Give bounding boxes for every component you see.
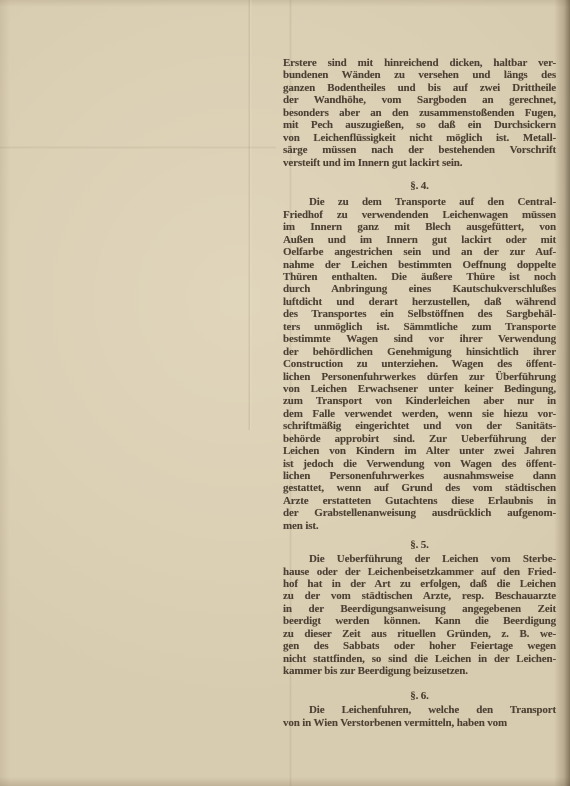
text-line: Die Ueberführung der Leichen vom Sterbe- bbox=[283, 553, 556, 565]
text-line: nicht stattfinden, so sind die Leichen i… bbox=[283, 653, 556, 665]
text-line: Arzte erstatteten Gutachtens diese Erlau… bbox=[283, 495, 556, 507]
text-line: Erstere sind mit hinreichend dicken, hal… bbox=[283, 57, 556, 69]
text-line: bundenen Wänden zu versehen und längs de… bbox=[283, 69, 556, 81]
text-line: lichen Personenfuhrwerkes dürfen zur Übe… bbox=[283, 371, 556, 383]
text-line: ist jedoch die Verwendung von Wagen des … bbox=[283, 458, 556, 470]
text-line: durch Anbringung eines Kautschukverschlu… bbox=[283, 283, 556, 295]
text-line: besonders aber an den zusammenstoßenden … bbox=[283, 107, 556, 119]
section-heading-paragraph-4: §. 4. bbox=[283, 180, 556, 192]
text-line: Außen und im Innern gut lackirt oder mit bbox=[283, 234, 556, 246]
paragraph-section-6: Die Leichenfuhren, welche den Transportv… bbox=[283, 704, 556, 729]
text-line: zum Transport von Kinderleichen aber nur… bbox=[283, 395, 556, 407]
text-line: behörde approbirt sind. Zur Ueberführung… bbox=[283, 433, 556, 445]
text-line: mit Pech auszugießen, so daß ein Durchsi… bbox=[283, 119, 556, 131]
section-heading-paragraph-6: §. 6. bbox=[283, 690, 556, 702]
text-line: Oelfarbe angestrichen sein und an der zu… bbox=[283, 246, 556, 258]
text-line: ters unmöglich ist. Sämmtliche zum Trans… bbox=[283, 321, 556, 333]
text-line: hause oder der Leichenbeisetzkammer auf … bbox=[283, 566, 556, 578]
text-line: der Grabstellenanweisung ausdrücklich au… bbox=[283, 507, 556, 519]
text-line: Friedhof zu verwendenden Leichenwagen mü… bbox=[283, 209, 556, 221]
text-line: schriftmäßig eingerichtet und von der Sa… bbox=[283, 420, 556, 432]
text-line: särge müssen nach der bestehenden Vorsch… bbox=[283, 144, 556, 156]
text-line: nahme der Leichen bestimmten Oeffnung do… bbox=[283, 259, 556, 271]
text-column: Erstere sind mit hinreichend dicken, hal… bbox=[283, 57, 556, 729]
text-line: Construction zu unterziehen. Wagen des ö… bbox=[283, 358, 556, 370]
text-line: luftdicht und derart herzustellen, daß w… bbox=[283, 296, 556, 308]
text-line: gestattet, wenn auf Grund des vom städti… bbox=[283, 482, 556, 494]
text-line: Leichen von Kindern im Alter unter zwei … bbox=[283, 445, 556, 457]
text-line: in der Beerdigungsanweisung angegebenen … bbox=[283, 603, 556, 615]
text-line: lichen Personenfuhrwerkes ausnahmsweise … bbox=[283, 470, 556, 482]
text-line: des Transportes ein Selbstöffnen des Sar… bbox=[283, 308, 556, 320]
text-line: Die zu dem Transporte auf den Central- bbox=[283, 196, 556, 208]
text-line: von Leichen Erwachsener unter keiner Bed… bbox=[283, 383, 556, 395]
text-line: der behördlichen Genehmigung hinsichtlic… bbox=[283, 346, 556, 358]
text-line: im Innern ganz mit Blech ausgefüttert, v… bbox=[283, 221, 556, 233]
text-line: von Leichenflüssigkeit nicht möglich ist… bbox=[283, 132, 556, 144]
text-line: Die Leichenfuhren, welche den Transport bbox=[283, 704, 556, 716]
section-heading-paragraph-5: §. 5. bbox=[283, 539, 556, 551]
text-line: bestimmte Wagen sind vor ihrer Verwendun… bbox=[283, 333, 556, 345]
text-line: Thüren enthalten. Die äußere Thüre ist n… bbox=[283, 271, 556, 283]
text-line: zu dieser Zeit aus rituellen Gründen, z.… bbox=[283, 628, 556, 640]
text-line: hof hat in der Art zu erfolgen, daß die … bbox=[283, 578, 556, 590]
scanned-document-page: Erstere sind mit hinreichend dicken, hal… bbox=[0, 0, 570, 786]
paragraph-section-4: Die zu dem Transporte auf den Central-Fr… bbox=[283, 196, 556, 532]
text-line: zu der vom städtischen Arzte, resp. Besc… bbox=[283, 590, 556, 602]
text-line: der Wandhöhe, vom Sargboden an gerechnet… bbox=[283, 94, 556, 106]
text-line: ganzen Bodentheiles und bis auf zwei Dri… bbox=[283, 82, 556, 94]
paragraph-section-5: Die Ueberführung der Leichen vom Sterbe-… bbox=[283, 553, 556, 677]
paragraph-continuation: Erstere sind mit hinreichend dicken, hal… bbox=[283, 57, 556, 169]
text-line: gen des Sabbats oder hoher Feiertage weg… bbox=[283, 640, 556, 652]
text-line: dem Falle verwendet werden, wenn sie hie… bbox=[283, 408, 556, 420]
text-line: beerdigt werden können. Kann die Beerdig… bbox=[283, 615, 556, 627]
